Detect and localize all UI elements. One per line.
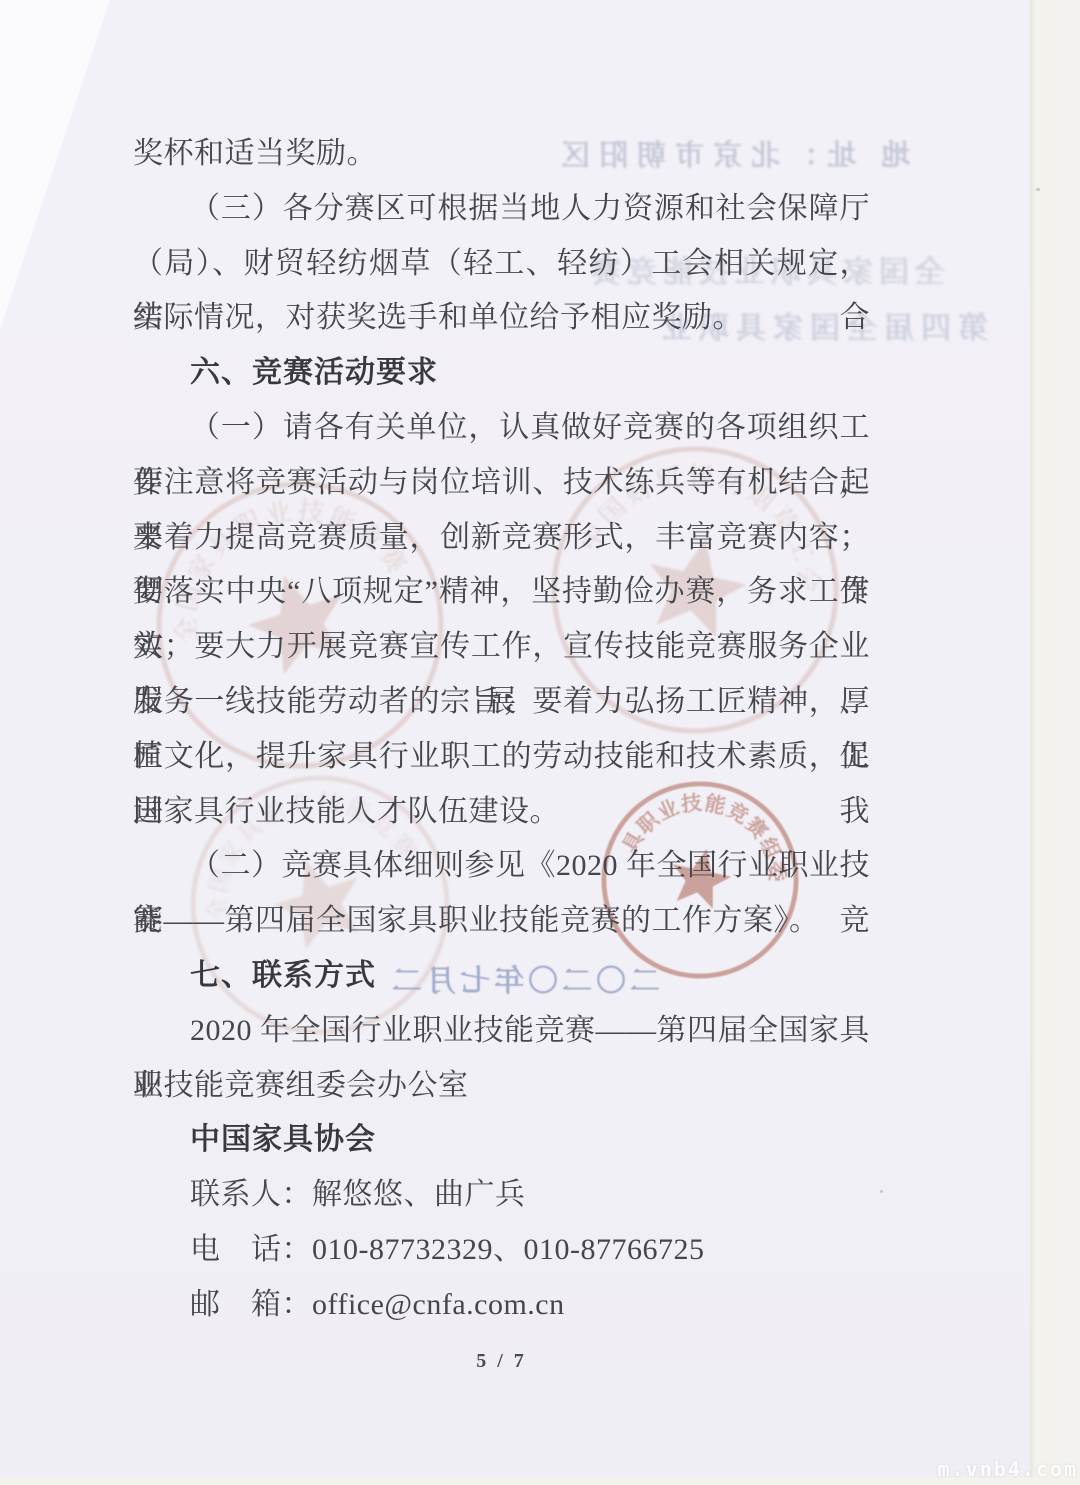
text-line: 要注意将竞赛活动与岗位培训、技术练兵等有机结合起来； (133, 456, 870, 511)
page-number: 5 / 7 (133, 1350, 870, 1373)
site-watermark: m.vnb4.com (938, 1457, 1078, 1481)
text-column: 奖杯和适当奖励。（三）各分赛区可根据当地人力资源和社会保障厅（局）、财贸轻纺烟草… (133, 127, 870, 1333)
text-line: 赛——第四届全国家具职业技能竞赛的工作方案》。 (133, 894, 870, 949)
scan-speck (880, 1190, 883, 1193)
text-line: 联系人：解悠悠、曲广兵 (133, 1168, 870, 1223)
text-line: 业技能竞赛组委会办公室 (133, 1059, 870, 1114)
text-line: 匠文化，提升家具行业职工的劳动技能和技术素质，促进我 (133, 730, 870, 785)
text-line: （三）各分赛区可根据当地人力资源和社会保障厅 (133, 182, 870, 237)
scanned-page: 全国家具职业技能竞赛 全国家具职业技能竞赛 中国财贸轻纺烟草工会 家具职业技能竞… (0, 0, 1080, 1485)
text-line: 中国家具协会 (133, 1113, 870, 1168)
text-line: 服务一线技能劳动者的宗旨；要着力弘扬工匠精神，厚植工 (133, 675, 870, 730)
scanner-background-edge (1030, 0, 1080, 1477)
text-line: 七、联系方式 (133, 949, 870, 1004)
text-line: 六、竞赛活动要求 (133, 346, 870, 401)
text-line: 效；要大力开展竞赛宣传工作，宣传技能竞赛服务企业发展、 (133, 620, 870, 675)
scan-speck (1036, 188, 1040, 191)
text-line: 邮 箱：office@cnfa.com.cn (133, 1278, 870, 1333)
text-line: 电 话：010-87732329、010-87766725 (133, 1223, 870, 1278)
text-line: （局）、财贸轻纺烟草（轻工、轻纺）工会相关规定，结合 (133, 237, 870, 292)
text-line: （一）请各有关单位，认真做好竞赛的各项组织工作， (133, 401, 870, 456)
text-line: 2020 年全国行业职业技能竞赛——第四届全国家具职 (133, 1004, 870, 1059)
text-line: 彻落实中央“八项规定”精神，坚持勤俭办赛，务求工作实 (133, 565, 870, 620)
text-line: 奖杯和适当奖励。 (133, 127, 870, 182)
text-line: （二）竞赛具体细则参见《2020 年全国行业职业技能竞 (133, 839, 870, 894)
text-line: 要着力提高竞赛质量，创新竞赛形式，丰富竞赛内容；要贯 (133, 511, 870, 566)
